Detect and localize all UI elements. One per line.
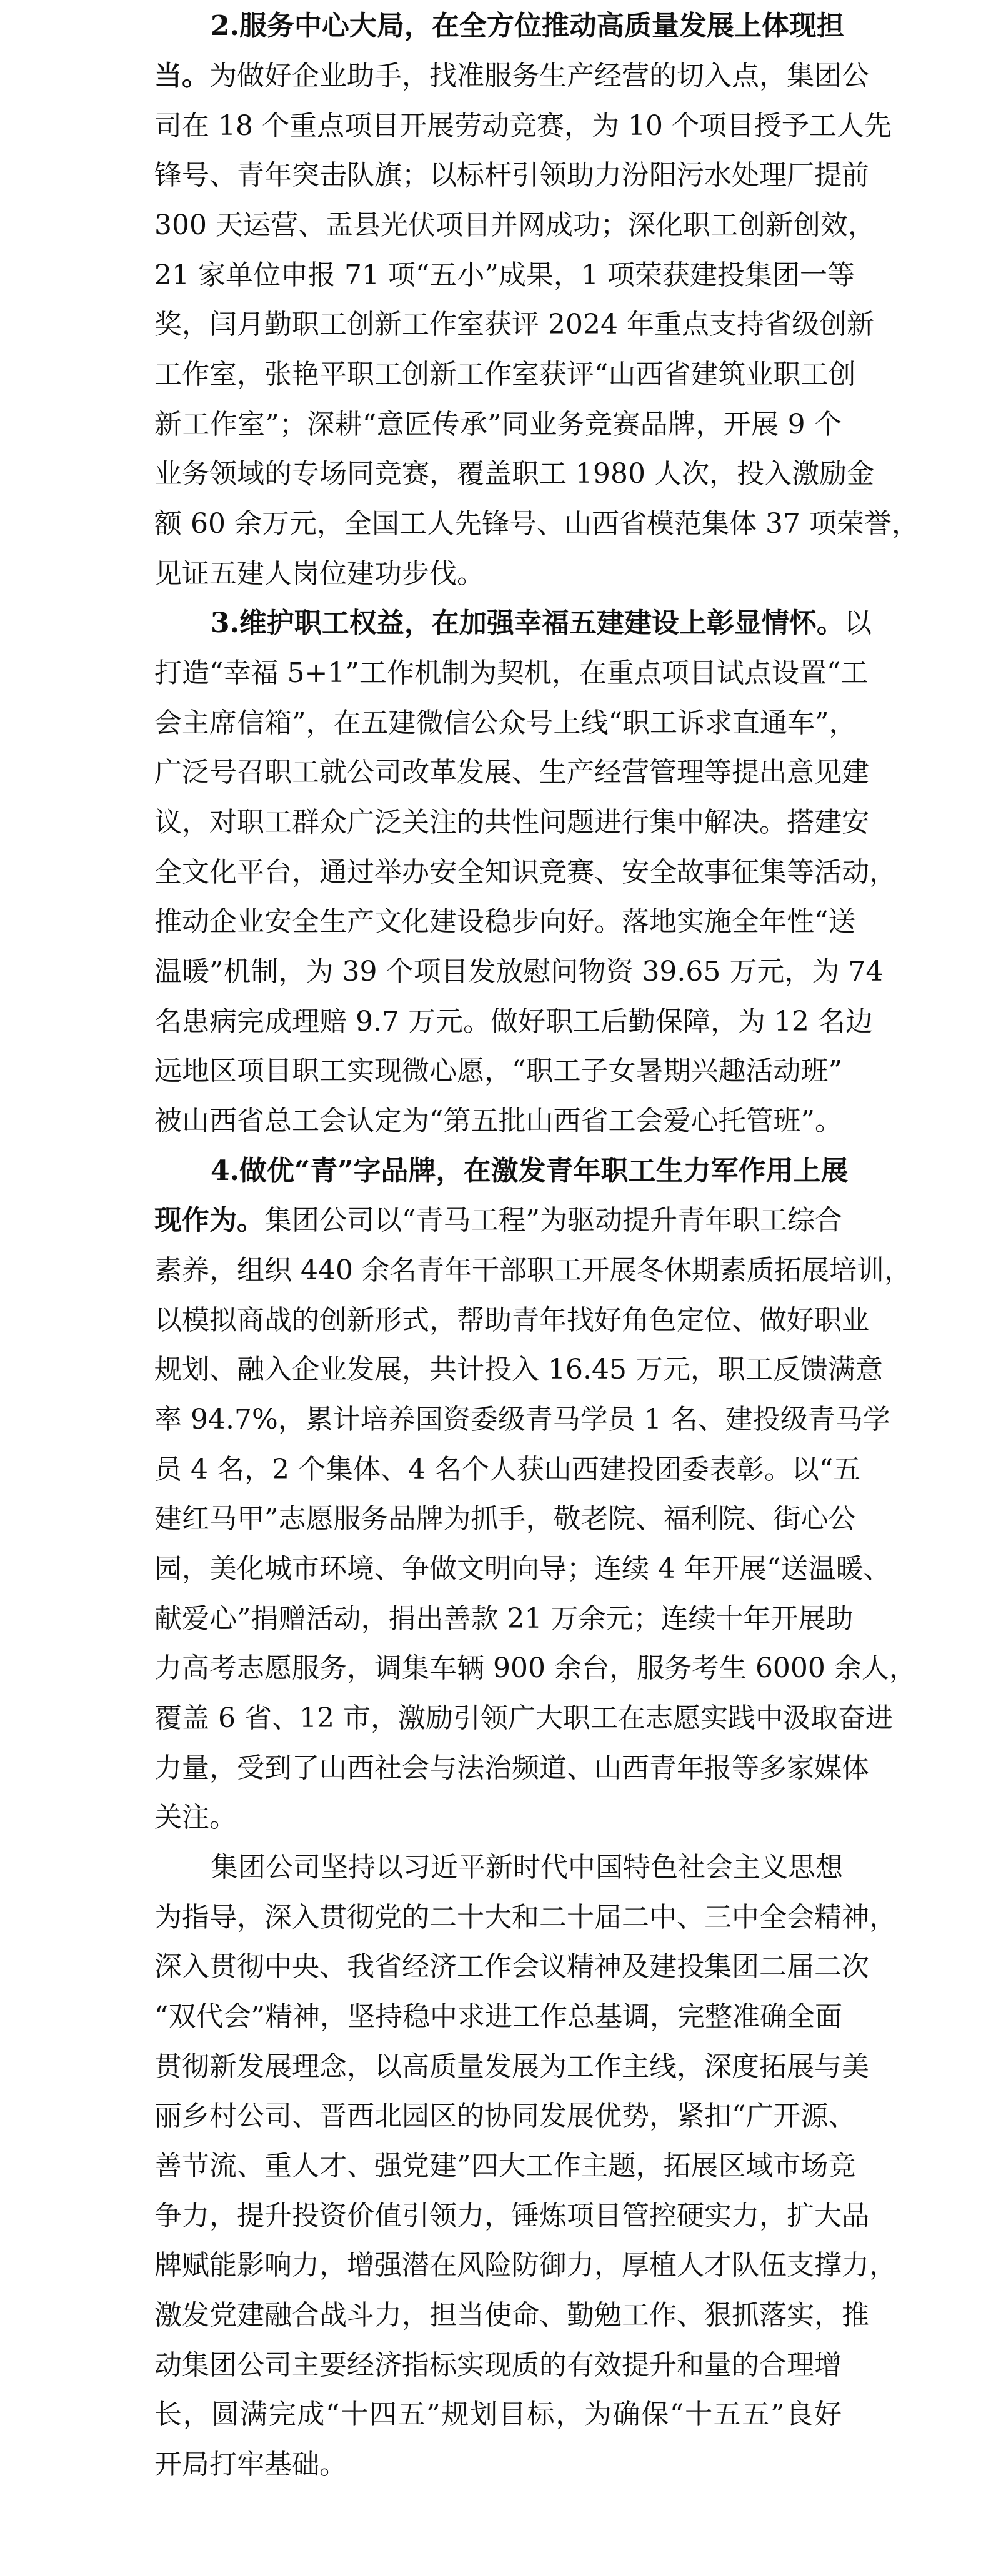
text-line: 名患病完成理赔 9.7 万元。做好职工后勤保障，为 12 名边	[154, 1003, 842, 1041]
text-line: 为指导，深入贯彻党的二十大和二十届二中、三中全会精神，	[154, 1899, 842, 1936]
text-line: 以模拟商战的创新形式，帮助青年找好角色定位、做好职业	[154, 1302, 842, 1339]
text-line: 3.维护职工权益，在加强幸福五建建设上彰显情怀。以	[211, 605, 842, 642]
text-line: 见证五建人岗位建功步伐。	[154, 555, 842, 593]
text-line: 远地区项目职工实现微心愿，“职工子女暑期兴趣活动班”	[154, 1053, 842, 1090]
text-line: 牌赋能影响力，增强潜在风险防御力，厚植人才队伍支撑力，	[154, 2247, 842, 2284]
text-line: 锋号、青年突击队旗；以标杆引领助力汾阳污水处理厂提前	[154, 157, 842, 194]
text-line: 贯彻新发展理念，以高质量发展为工作主线，深度拓展与美	[154, 2048, 842, 2086]
text-line: 力高考志愿服务，调集车辆 900 余台，服务考生 6000 余人，	[154, 1650, 842, 1687]
text-line: 2.服务中心大局，在全方位推动高质量发展上体现担	[211, 7, 842, 45]
text-line: 开局打牢基础。	[154, 2446, 842, 2484]
text-line: 建红马甲”志愿服务品牌为抓手，敬老院、福利院、街心公	[154, 1500, 842, 1538]
text-line: 4.做优“青”字品牌，在激发青年职工生力军作用上展	[211, 1152, 842, 1190]
text-line: 21 家单位申报 71 项“五小”成果，1 项荣获建投集团一等	[154, 257, 842, 294]
text-line: 当。为做好企业助手，找准服务生产经营的切入点，集团公	[154, 57, 842, 95]
text-line: 打造“幸福 5+1”工作机制为契机，在重点项目试点设置“工	[154, 655, 842, 692]
text-line: 被山西省总工会认定为“第五批山西省工会爱心托管班”。	[154, 1102, 842, 1140]
text-line: 议，对职工群众广泛关注的共性问题进行集中解决。搭建安	[154, 804, 842, 841]
text-line: 温暖”机制，为 39 个项目发放慰问物资 39.65 万元，为 74	[154, 953, 842, 991]
text-line: 奖，闫月勤职工创新工作室获评 2024 年重点支持省级创新	[154, 306, 842, 344]
text-line: 长，圆满完成“十四五”规划目标，为确保“十五五”良好	[154, 2396, 842, 2434]
document-page: 2.服务中心大局，在全方位推动高质量发展上体现担 当。为做好企业助手，找准服务生…	[0, 0, 991, 2576]
text-line: 激发党建融合战斗力，担当使命、勤勉工作、狠抓落实，推	[154, 2297, 842, 2334]
text-line: 推动企业安全生产文化建设稳步向好。落地实施全年性“送	[154, 903, 842, 941]
text-line: 会主席信箱”，在五建微信公众号上线“职工诉求直通车”，	[154, 705, 842, 742]
text-line: 深入贯彻中央、我省经济工作会议精神及建投集团二届二次	[154, 1948, 842, 1986]
text-line: 全文化平台，通过举办安全知识竞赛、安全故事征集等活动，	[154, 854, 842, 891]
text-line: 司在 18 个重点项目开展劳动竞赛，为 10 个项目授予工人先	[154, 107, 842, 145]
text-line: 丽乡村公司、晋西北园区的协同发展优势，紧扣“广开源、	[154, 2098, 842, 2135]
text-line: 素养，组织 440 余名青年干部职工开展冬休期素质拓展培训，	[154, 1252, 842, 1289]
text-line: 广泛号召职工就公司改革发展、生产经营管理等提出意见建	[154, 754, 842, 791]
text-line: 园，美化城市环境、争做文明向导；连续 4 年开展“送温暖、	[154, 1550, 842, 1588]
text-line: 现作为。集团公司以“青马工程”为驱动提升青年职工综合	[154, 1202, 842, 1239]
text-line: 工作室，张艳平职工创新工作室获评“山西省建筑业职工创	[154, 356, 842, 394]
text-line: 集团公司坚持以习近平新时代中国特色社会主义思想	[211, 1849, 842, 1886]
text-line: 新工作室”；深耕“意匠传承”同业务竞赛品牌，开展 9 个	[154, 406, 842, 443]
text-line: 动集团公司主要经济指标实现质的有效提升和量的合理增	[154, 2347, 842, 2384]
text-line: 率 94.7%，累计培养国资委级青马学员 1 名、建投级青马学	[154, 1401, 842, 1439]
paragraph-heading: 2.服务中心大局，在全方位推动高质量发展上体现担	[211, 10, 844, 42]
text-line: 关注。	[154, 1799, 842, 1836]
text-line: 覆盖 6 省、12 市，激励引领广大职工在志愿实践中汲取奋进	[154, 1700, 842, 1737]
paragraph-heading: 当。	[154, 60, 209, 92]
text-line: 献爱心”捐赠活动，捐出善款 21 万余元；连续十年开展助	[154, 1600, 842, 1638]
text-line: “双代会”精神，坚持稳中求进工作总基调，完整准确全面	[154, 1998, 842, 2036]
text-line: 争力，提升投资价值引领力，锤炼项目管控硬实力，扩大品	[154, 2197, 842, 2235]
paragraph-heading: 现作为。	[154, 1204, 264, 1236]
text-line: 力量，受到了山西社会与法治频道、山西青年报等多家媒体	[154, 1750, 842, 1787]
text-line: 规划、融入企业发展，共计投入 16.45 万元，职工反馈满意	[154, 1351, 842, 1389]
text-line: 额 60 余万元，全国工人先锋号、山西省模范集体 37 项荣誉，	[154, 505, 842, 543]
paragraph-heading: 3.维护职工权益，在加强幸福五建建设上彰显情怀。	[211, 607, 844, 639]
text-line: 300 天运营、盂县光伏项目并网成功；深化职工创新创效，	[154, 207, 842, 244]
text-line: 员 4 名，2 个集体、4 名个人获山西建投团委表彰。以“五	[154, 1451, 842, 1489]
paragraph-heading: 4.做优“青”字品牌，在激发青年职工生力军作用上展	[211, 1155, 849, 1187]
text-line: 善节流、重人才、强党建”四大工作主题，拓展区域市场竞	[154, 2147, 842, 2185]
text-line: 业务领域的专场同竞赛，覆盖职工 1980 人次，投入激励金	[154, 455, 842, 493]
